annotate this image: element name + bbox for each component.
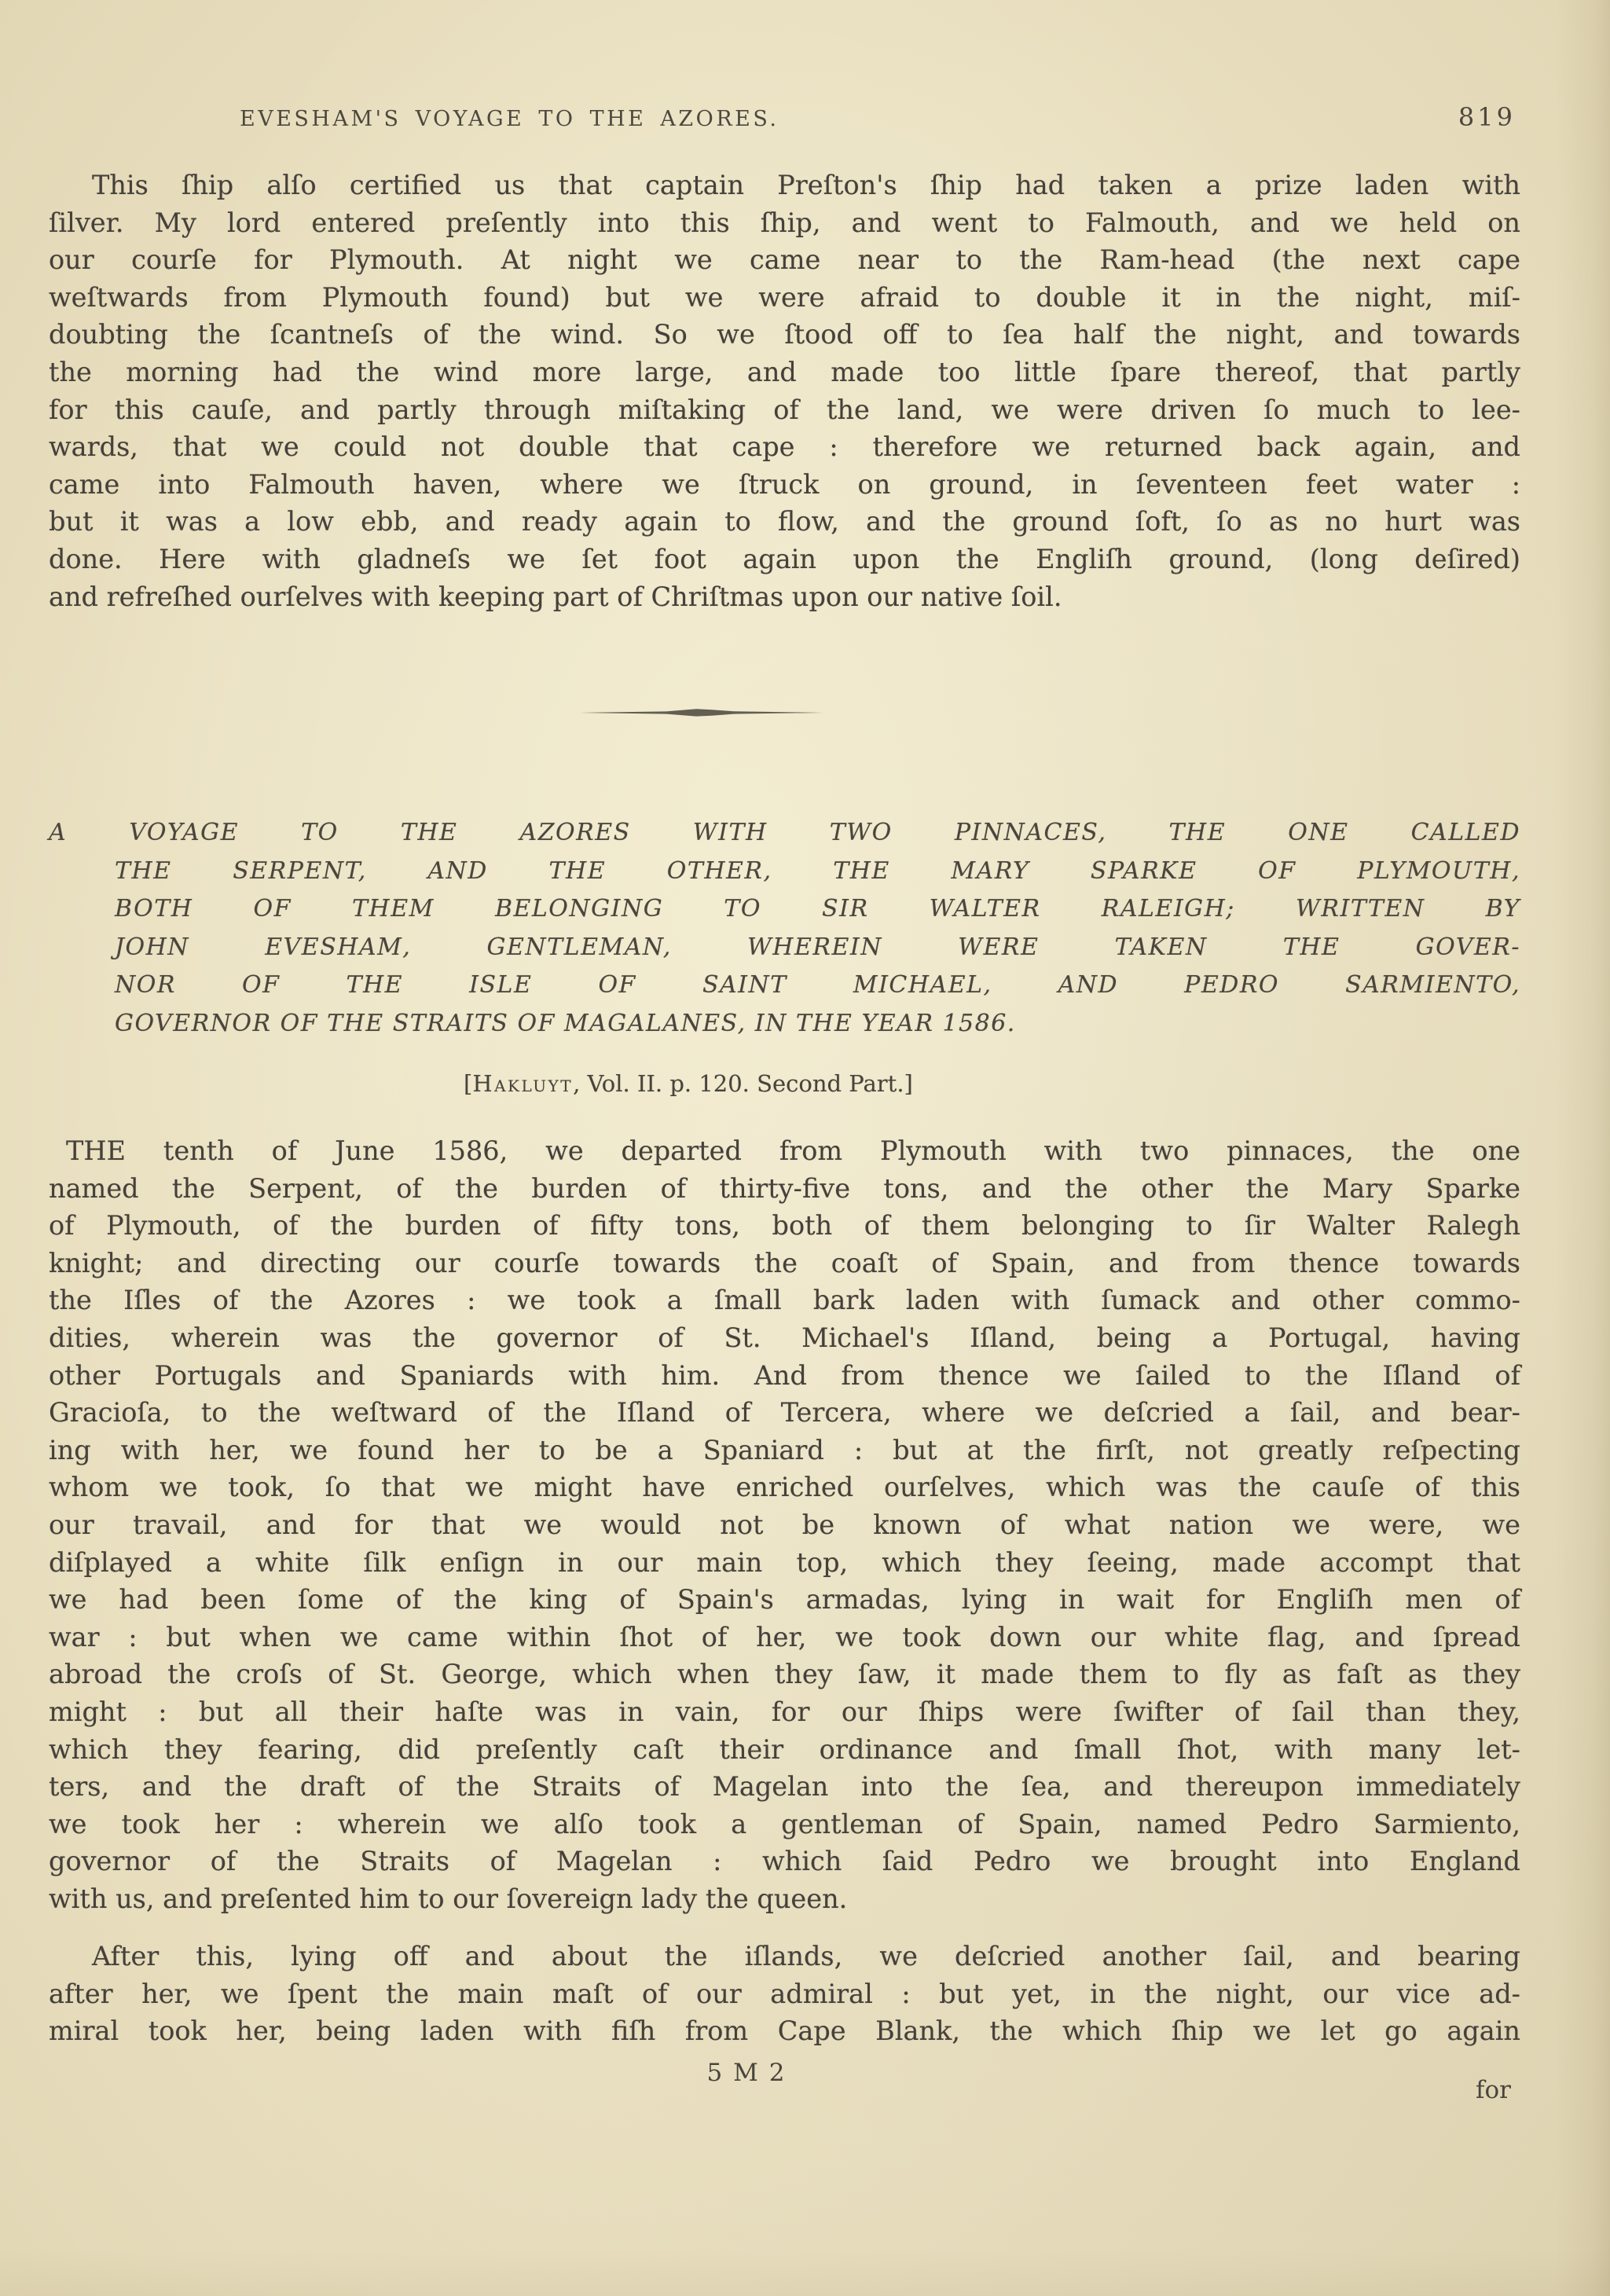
text-line: the Iſles of the Azores : we took a ſmal…	[49, 1282, 1520, 1319]
text-line: we took her : wherein we alſo took a gen…	[49, 1806, 1520, 1843]
text-line: ing with her, we found her to be a Spani…	[49, 1432, 1520, 1469]
text-line: came into Falmouth haven, where we ſtruc…	[49, 466, 1520, 504]
text-line: our courſe for Plymouth. At night we cam…	[49, 241, 1520, 279]
text-line: our travail, and for that we would not b…	[49, 1506, 1520, 1544]
heading-line: GOVERNOR OF THE STRAITS OF MAGALANES, IN…	[49, 1005, 1520, 1043]
text-line: governor of the Straits of Magelan : whi…	[49, 1843, 1520, 1880]
text-line: which they fearing, did preſently caſt t…	[49, 1731, 1520, 1769]
text-line: ſilver. My lord entered preſently into t…	[49, 204, 1520, 242]
heading-line: BOTH OF THEM BELONGING TO SIR WALTER RAL…	[49, 890, 1520, 929]
page-number: 819	[1458, 102, 1516, 132]
section-divider	[580, 706, 823, 715]
text-line: Gracioſa, to the weſtward of the Iſland …	[49, 1394, 1520, 1432]
text-line: dities, wherein was the governor of St. …	[49, 1319, 1520, 1357]
text-line: done. Here with gladneſs we ſet foot aga…	[49, 541, 1520, 578]
heading-line: A VOYAGE TO THE AZORES WITH TWO PINNACES…	[49, 814, 1520, 853]
catchword: for	[1476, 2076, 1511, 2104]
text-line: but it was a low ebb, and ready again to…	[49, 503, 1520, 541]
text-line: of Plymouth, of the burden of fifty tons…	[49, 1207, 1520, 1245]
heading-line: THE SERPENT, AND THE OTHER, THE MARY SPA…	[49, 853, 1520, 891]
source-citation: [Hakluyt, Vol. II. p. 120. Second Part.]	[464, 1070, 913, 1097]
running-title: EVESHAM'S VOYAGE TO THE AZORES.	[240, 107, 779, 131]
text-line: with us, and preſented him to our ſovere…	[49, 1880, 1520, 1918]
text-line: abroad the croſs of St. George, which wh…	[49, 1656, 1520, 1693]
text-line: wards, that we could not double that cap…	[49, 428, 1520, 466]
paragraph-after-this: After this, lying off and about the iſla…	[49, 1938, 1520, 2050]
text-line: This ſhip alſo certified us that captain…	[49, 167, 1520, 204]
text-line: named the Serpent, of the burden of thir…	[49, 1170, 1520, 1208]
text-line: after her, we ſpent the main maſt of our…	[49, 1975, 1520, 2013]
text-line: might : but all their haſte was in vain,…	[49, 1693, 1520, 1731]
text-line: THE tenth of June 1586, we departed from…	[49, 1132, 1520, 1170]
text-line: we had been ſome of the king of Spain's …	[49, 1581, 1520, 1619]
citation-open-bracket: [	[464, 1070, 472, 1097]
text-line: diſplayed a white ſilk enſign in our mai…	[49, 1544, 1520, 1582]
text-line: knight; and directing our courſe towards…	[49, 1245, 1520, 1282]
signature-mark: 5 M 2	[652, 2059, 841, 2087]
heading-line: JOHN EVESHAM, GENTLEMAN, WHEREIN WERE TA…	[49, 929, 1520, 967]
paragraph-voyage-narrative: THE tenth of June 1586, we departed from…	[49, 1132, 1520, 1917]
citation-author: Hakluyt	[472, 1070, 573, 1097]
text-line: ters, and the draft of the Straits of Ma…	[49, 1768, 1520, 1806]
text-line: war : but when we came within ſhot of he…	[49, 1619, 1520, 1656]
voyage-heading: A VOYAGE TO THE AZORES WITH TWO PINNACES…	[49, 814, 1520, 1043]
text-line: After this, lying off and about the iſla…	[49, 1938, 1520, 1975]
text-line: the morning had the wind more large, and…	[49, 354, 1520, 391]
text-line: other Portugals and Spaniards with him. …	[49, 1357, 1520, 1395]
swelled-rule-ornament	[580, 708, 823, 717]
paragraph-falmouth-return: This ſhip alſo certified us that captain…	[49, 167, 1520, 615]
text-line: doubting the ſcantneſs of the wind. So w…	[49, 316, 1520, 354]
heading-line: NOR OF THE ISLE OF SAINT MICHAEL, AND PE…	[49, 966, 1520, 1005]
text-line: miral took her, being laden with fiſh fr…	[49, 2012, 1520, 2050]
text-line: whom we took, ſo that we might have enri…	[49, 1469, 1520, 1506]
text-line: weſtwards from Plymouth found) but we we…	[49, 279, 1520, 317]
text-line: for this cauſe, and partly through miſta…	[49, 391, 1520, 429]
text-line: and refreſhed ourſelves with keeping par…	[49, 578, 1520, 616]
citation-reference: , Vol. II. p. 120. Second Part.]	[573, 1070, 913, 1097]
